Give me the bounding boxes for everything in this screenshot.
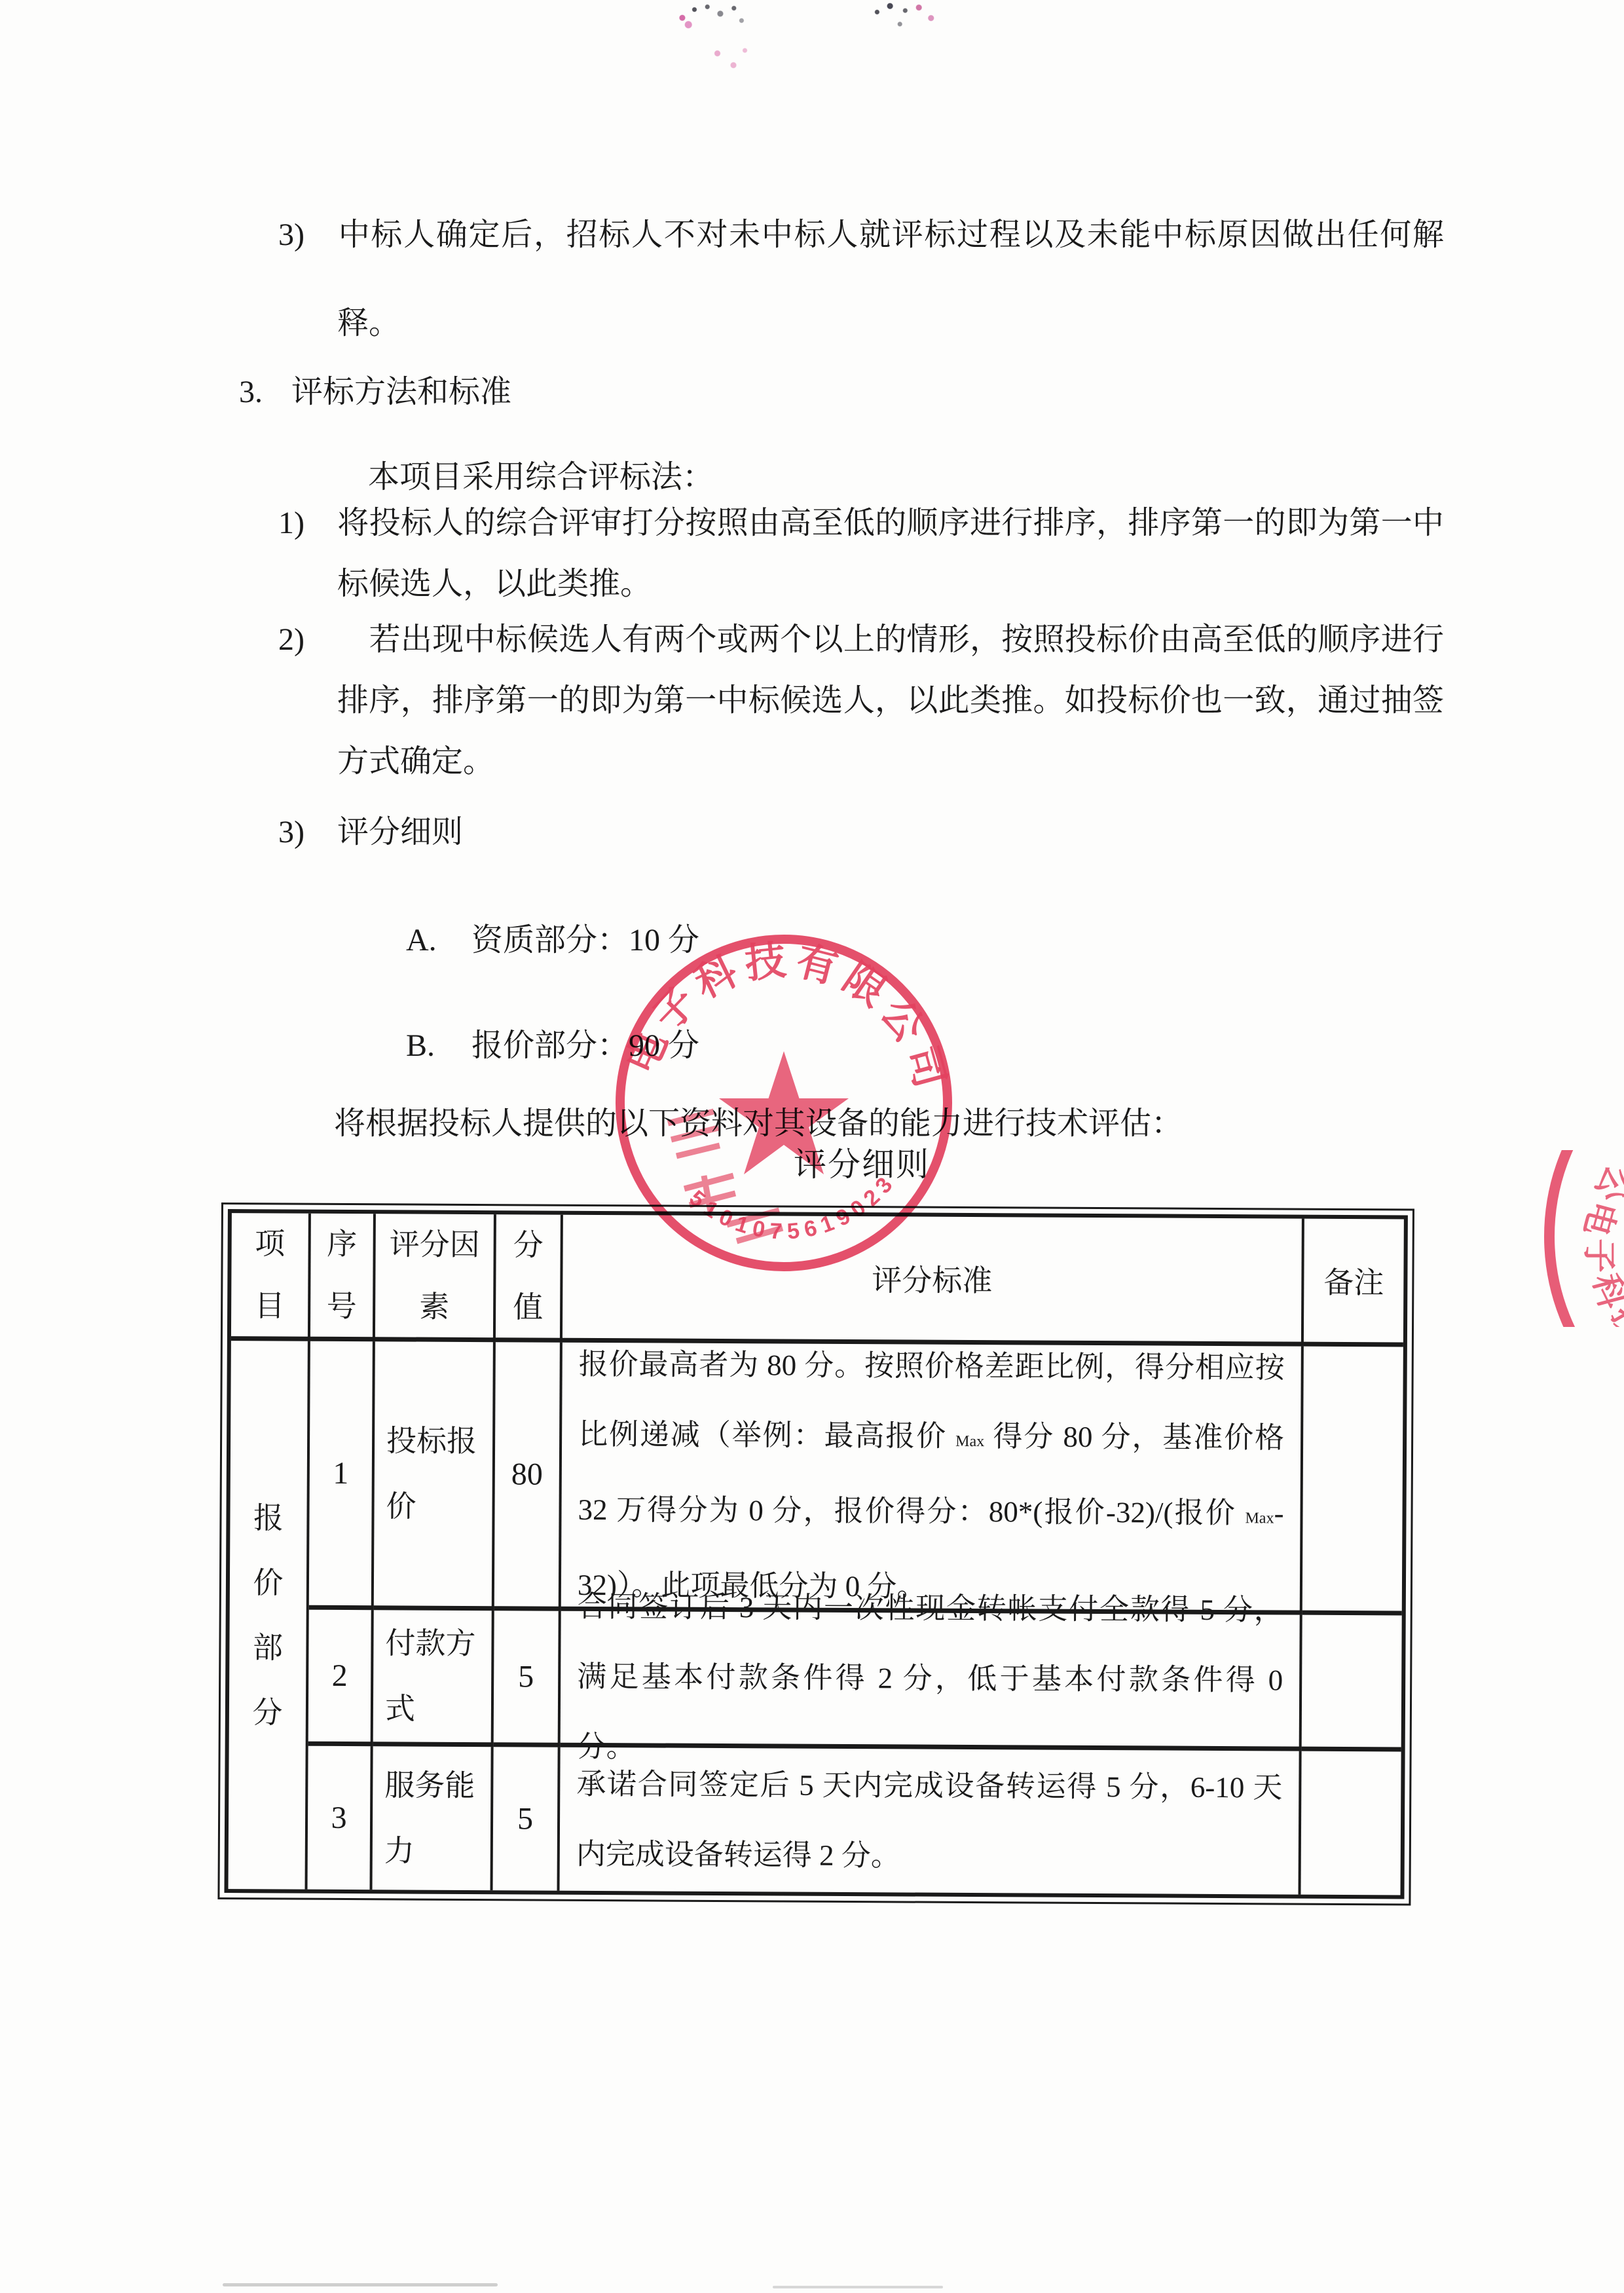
cell-factor: 付款方式 [373,1610,494,1747]
sub-item-text: 报价部分：90 分 [471,1028,699,1063]
edge-seal-char: 公 [1587,1159,1624,1208]
scan-streak [773,2286,943,2288]
section-heading: 3.评标方法和标准 [239,362,1477,422]
scanned-document-page: 3)中标人确定后，招标人不对未中标人就评标过程以及未能中标原因做出任何解释。 3… [0,0,1624,2293]
sub-item-b: B.报价部分：90 分 [406,1015,1382,1076]
table-title: 评分细则 [794,1145,1069,1184]
list-item-text: 评分细则 [337,815,463,849]
cell-criteria: 合同签订后 3 天内一次性现金转帐支付全款得 5 分，满足基本付款条件得 2 分… [561,1611,1302,1751]
cell-remark [1301,1751,1401,1895]
list-item-1: 1)将投标人的综合评审打分按照由高至低的顺序进行排序，排序第一的即为第一中标候选… [278,493,1444,614]
edge-seal-char: 电 [1577,1197,1622,1240]
group-cell-quote-section: 报价部分 [229,1341,310,1890]
edge-seal-char: 技 [1604,1299,1624,1327]
cell-score: 80 [494,1342,563,1611]
scoring-table: 项目 序号 评分因素 分值 评分标准 备注 报价部分 1 投标报价 80 报价最… [217,1202,1414,1906]
column-header-item: 项目 [231,1213,311,1341]
column-header-remark: 备注 [1304,1219,1404,1347]
section-title: 评标方法和标准 [291,375,511,409]
cell-criteria: 承诺合同签定后 5 天内完成设备转运得 5 分，6-10 天内完成设备转运得 2… [560,1747,1302,1895]
scan-smudge [706,45,752,74]
list-marker: 1) [278,493,337,553]
scan-smudge [866,0,942,30]
sub-item-a: A.资质部分：10 分 [406,910,1382,971]
scan-streak [223,2283,498,2286]
paragraph-text: 中标人确定后，招标人不对未中标人就评标过程以及未能中标原因做出任何解释。 [337,217,1444,341]
edge-seal-char: 子 [1579,1239,1617,1273]
column-header-criteria: 评分标准 [563,1215,1304,1347]
cell-score: 5 [494,1611,561,1747]
list-marker: 2) [278,609,337,670]
column-header-seq: 序号 [310,1214,376,1342]
cell-remark [1302,1615,1402,1752]
cell-seq: 1 [309,1341,375,1611]
list-marker: 3) [278,802,337,863]
list-marker: A. [406,910,471,971]
column-header-score: 分值 [496,1214,563,1343]
list-marker: 3) [278,191,337,279]
list-marker: B. [406,1015,471,1076]
edge-partial-seal: 公 电 子 科 技 [1538,1150,1624,1327]
cell-remark [1302,1347,1403,1616]
cell-factor: 服务能力 [373,1746,494,1890]
cell-factor: 投标报价 [374,1341,496,1611]
list-item-3: 3)评分细则 [278,802,1444,863]
sub-item-text: 资质部分：10 分 [471,923,699,958]
section-number: 3. [239,362,291,422]
scan-smudge [673,1,749,29]
list-item-2: 2) 若出现中标候选人有两个或两个以上的情形，按照投标价由高至低的顺序进行排序，… [278,609,1444,792]
cell-seq: 3 [308,1746,373,1890]
paragraph-no-explanation: 3)中标人确定后，招标人不对未中标人就评标过程以及未能中标原因做出任何解释。 [278,191,1444,367]
list-item-text: 若出现中标候选人有两个或两个以上的情形，按照投标价由高至低的顺序进行排序，排序第… [337,622,1444,779]
cell-score: 5 [493,1747,561,1891]
column-header-factor: 评分因素 [375,1214,496,1342]
list-item-text: 将投标人的综合评审打分按照由高至低的顺序进行排序，排序第一的即为第一中标候选人，… [337,506,1444,601]
edge-seal-char: 科 [1585,1270,1624,1313]
cell-seq: 2 [308,1610,374,1747]
